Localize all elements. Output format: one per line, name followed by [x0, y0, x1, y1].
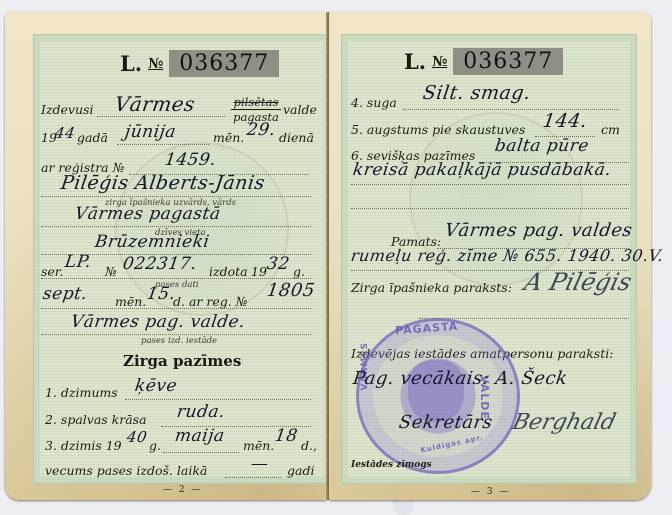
feature-special-value-line2: kreisā pakaļkājā pusdābakā. [352, 160, 613, 180]
number-sign: № [148, 56, 163, 72]
feature-breed-label: 4. suga [351, 95, 397, 110]
no-label: № [105, 264, 117, 279]
section-heading: Zirga pazīmes [123, 352, 241, 370]
stamp-label: Iestādes zīmogs [351, 460, 432, 470]
dotted-line [351, 184, 629, 185]
official-1-signature: Pag. vecākais: A. Šeck [352, 368, 569, 389]
feature-special-value: balta pūre [494, 136, 591, 156]
year-value: 44 [54, 124, 77, 142]
dotted-line [351, 208, 629, 209]
issued-by-value: Vārmes [113, 92, 196, 116]
feature-born-year: 40 [126, 428, 149, 446]
option-city: pilsētas [231, 95, 281, 110]
issuer-caption: pases izd. iestāde [141, 336, 217, 346]
feature-born-year-suffix: g. [149, 438, 161, 453]
month-value: jūnija [124, 122, 178, 142]
feature-sex-label: 1. dzimums [45, 385, 118, 400]
number-sign: № [432, 54, 447, 70]
feature-born-month: maija [174, 426, 226, 446]
basis-value-line2: rumeļu reģ. zīme № 655. 1940. 30.V. [350, 246, 665, 265]
basis-value: Vārmes pag. valdes [444, 220, 634, 241]
passport-month-value: sept. [42, 284, 89, 304]
dotted-line [41, 196, 311, 197]
dotted-line [41, 278, 311, 279]
serial-prefix: L. [120, 51, 142, 76]
passport-reg-value: 1805 [266, 280, 317, 301]
feature-color-label: 2. spalvas krāsa [45, 412, 147, 427]
feature-age-suffix: gadi [287, 463, 314, 478]
feature-born-day-label: d., [301, 438, 317, 453]
register-value: 1459. [164, 150, 218, 170]
serial-number-box: 036377 [453, 48, 563, 75]
feature-sex-value: ķēve [134, 376, 179, 396]
dotted-line [125, 399, 311, 400]
residence-value: Vārmes pagastā [74, 204, 222, 224]
page-number-left: — 2 — [163, 485, 202, 495]
issued-by-label: Izdevusi [41, 102, 93, 117]
day-label: dienā [279, 130, 314, 145]
feature-height-value: 144. [541, 110, 588, 132]
issuer-value: Vārmes pag. valde. [70, 312, 247, 332]
ser-value: LP. [64, 252, 93, 272]
passport-reg-label: d. ar reg. № [173, 294, 248, 309]
feature-born-day: 18 [274, 426, 299, 446]
month-label: mēn. [213, 130, 244, 145]
owner-name-value: Pilēģis Alberts-Jānis [59, 172, 266, 194]
feature-born-month-label: mēn. [243, 438, 274, 453]
serial-number-right: L. № 036377 [404, 48, 563, 75]
page-number-right: — 3 — [471, 487, 510, 497]
passport-year-suffix: g. [293, 264, 305, 279]
serial-number-left: L. № 036377 [120, 50, 279, 77]
dotted-line [163, 452, 239, 453]
owner-signature: A Pilēģis [522, 268, 635, 296]
day-value: 29. [246, 120, 277, 140]
ser-label: ser. [41, 264, 63, 279]
residence-line-2: Brūzemnieki [94, 232, 211, 252]
owner-signature-label: Zirga īpašnieka paraksts: [351, 280, 512, 295]
feature-height-unit: cm [601, 122, 620, 137]
passport-year-value: 32 [266, 254, 291, 274]
serial-number-box: 036377 [169, 50, 279, 77]
feature-height-label: 5. augstums pie skaustuves [351, 122, 525, 137]
authority-suffix: valde [283, 102, 317, 117]
serial-prefix: L. [404, 49, 426, 74]
year-label: gadā [77, 130, 108, 145]
passport-year-prefix: 19 [251, 264, 267, 279]
passport-no-value: 022317. [122, 254, 199, 274]
issued-label: izdota [209, 264, 248, 279]
dotted-line [117, 144, 209, 145]
passport-month-label: mēn. [115, 294, 146, 309]
left-page: L. № 036377 Izdevusi Vārmes pilsētas pag… [5, 12, 327, 500]
dotted-line [41, 308, 311, 309]
feature-age-label: vecums pases izdoš. laikā [45, 463, 207, 478]
dotted-line [41, 334, 311, 335]
feature-age-value: — [250, 454, 270, 474]
feature-breed-value: Silt. smag. [421, 82, 532, 104]
dotted-line [97, 116, 225, 117]
dotted-line [225, 477, 281, 478]
feature-color-value: ruda. [176, 402, 227, 422]
official-2-role: Sekretārs [398, 412, 494, 433]
dotted-line [41, 226, 311, 227]
feature-born-label: 3. dzimis 19 [45, 438, 122, 453]
official-2-signature: Berghald [510, 410, 618, 435]
